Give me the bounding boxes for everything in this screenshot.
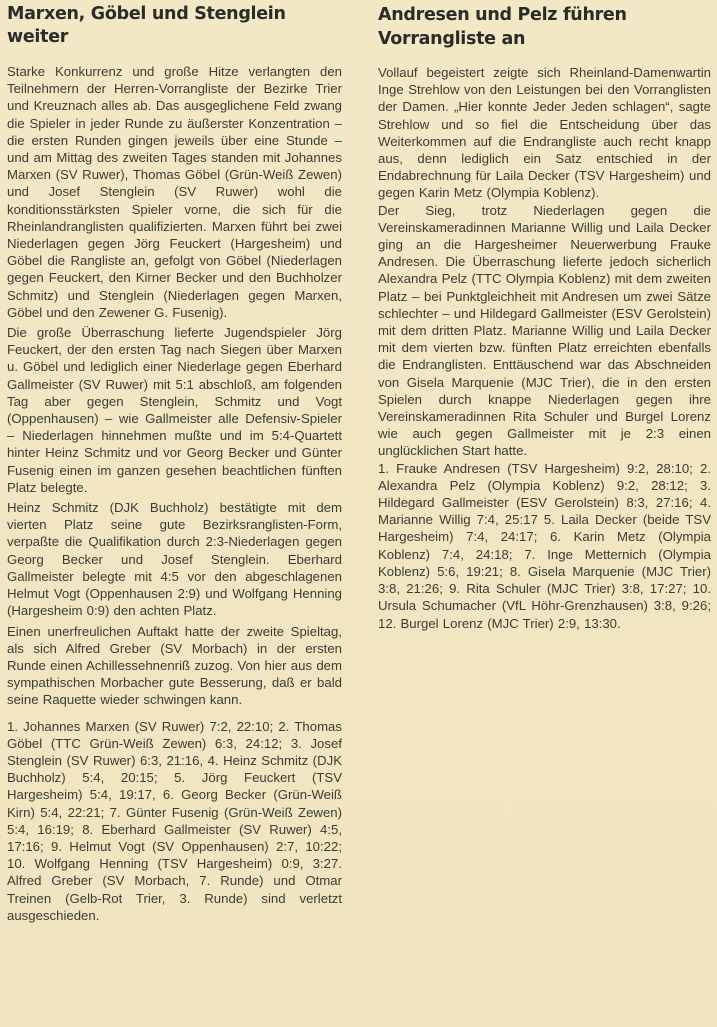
article-left-paragraph: Einen unerfreulichen Auftakt hatte der z… — [7, 623, 342, 709]
article-right: Andresen und Pelz führen Vorrangliste an… — [378, 0, 711, 632]
article-left-paragraph: Die große Überraschung lieferte Jugendsp… — [7, 324, 342, 496]
article-left-paragraph: Heinz Schmitz (DJK Buchholz) bestätigte … — [7, 499, 342, 619]
article-right-paragraph: Der Sieg, trotz Niederlagen gegen die Ve… — [378, 202, 711, 460]
article-left-title: Marxen, Göbel und Stenglein weiter — [7, 3, 342, 49]
article-left: Marxen, Göbel und Stenglein weiter Stark… — [7, 0, 342, 924]
article-left-results: 1. Johannes Marxen (SV Ruwer) 7:2, 22:10… — [7, 718, 342, 924]
article-right-paragraph: Vollauf begeistert zeigte sich Rheinland… — [378, 64, 711, 202]
newspaper-page: Marxen, Göbel und Stenglein weiter Stark… — [0, 0, 717, 1027]
article-left-paragraph: Starke Konkurrenz und große Hitze verlan… — [7, 63, 342, 321]
article-right-results: 1. Frauke Andresen (TSV Hargesheim) 9:2,… — [378, 460, 711, 632]
article-right-title: Andresen und Pelz führen Vorrangliste an — [378, 3, 711, 51]
